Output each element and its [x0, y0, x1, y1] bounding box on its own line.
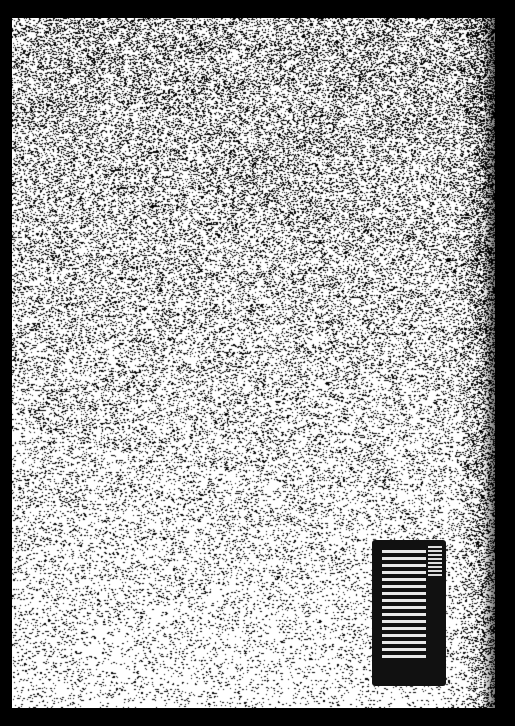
barcode-stripe: [382, 648, 426, 651]
barcode-stripe: [382, 613, 426, 616]
barcode-stripe: [382, 571, 426, 574]
barcode-stripe: [382, 564, 426, 567]
barcode-stripe: [382, 620, 426, 623]
scanned-page: [12, 18, 495, 708]
label-corner-mark: [428, 546, 442, 576]
barcode-stripes: [382, 550, 426, 676]
barcode-stripe: [382, 641, 426, 644]
barcode-stripe: [382, 599, 426, 602]
barcode-stripe: [382, 578, 426, 581]
page-edge-shadow: [483, 18, 495, 708]
barcode-stripe: [382, 550, 426, 553]
barcode-stripe: [382, 655, 426, 658]
barcode-stripe: [382, 606, 426, 609]
barcode-stripe: [382, 592, 426, 595]
barcode-label: [372, 540, 446, 686]
barcode-stripe: [382, 557, 426, 560]
barcode-stripe: [382, 585, 426, 588]
barcode-stripe: [382, 627, 426, 630]
barcode-stripe: [382, 634, 426, 637]
